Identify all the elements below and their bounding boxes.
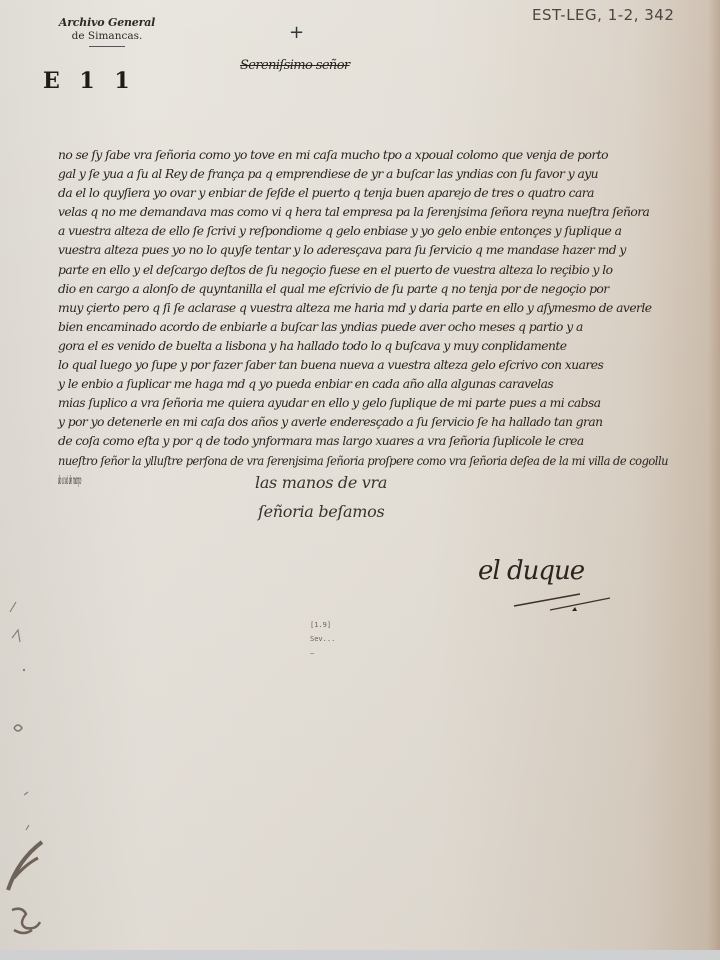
reference-number: EST-LEG, 1-2, 342 [532, 6, 674, 24]
page-bottom-edge [0, 950, 720, 960]
body-line: parte en ello y el deſcargo deſtos de ſu… [58, 263, 668, 282]
body-line: no se ſy ſabe vra ſeñoria como yo tove e… [58, 148, 668, 167]
letter-body: no se ſy ſabe vra ſeñoria como yo tove e… [58, 148, 668, 492]
body-line: bien encaminado acordo de enbiarle a buſ… [58, 320, 668, 339]
closing-formula: las manos de vra ſeñoria beſamos [255, 473, 387, 521]
body-line: mias ſuplico a vra ſeñoria me quiera ayu… [58, 396, 668, 415]
archive-stamp-line2: de Simancas. [52, 30, 162, 42]
body-line: y le enbio a ſuplicar me haga md q yo pu… [58, 377, 668, 396]
archive-signature-code: E 1 1 [43, 68, 136, 94]
archive-stamp-line1: Archivo General [52, 16, 162, 29]
body-line: de coſa como eſta y por q de todo ynform… [58, 434, 668, 453]
body-line: gora el es venido de buelta a lisbona y … [58, 339, 668, 358]
salutation: Sereniſsimo señor [240, 58, 350, 73]
margin-note: — [310, 646, 335, 660]
signature-flourish-icon [510, 590, 620, 612]
page-right-edge [708, 0, 720, 950]
body-line: a vuestra alteza de ello ſe ſcrivi y reſ… [58, 224, 668, 243]
body-line: muy çierto pero q ſi ſe aclarase q vuest… [58, 301, 668, 320]
archive-stamp: Archivo General de Simancas. [52, 16, 162, 47]
closing-line1: las manos de vra [255, 473, 387, 492]
body-line: lo qual luego yo ſupe y por fazer ſaber … [58, 358, 668, 377]
body-line: nueſtro ſeñor la ylluſtre perſona de vra… [58, 454, 627, 473]
signature: el duque [478, 556, 584, 586]
margin-note: Sev... [310, 632, 335, 646]
margin-note: [1.9] [310, 618, 335, 632]
body-line: vuestra alteza pues yo no lo quyſe tenta… [58, 243, 668, 262]
cross-mark-icon: + [289, 22, 304, 43]
body-line: dio en cargo a alonſo de quyntanilla el … [58, 282, 668, 301]
margin-notes: [1.9] Sev... — [310, 618, 335, 660]
stamp-underline [89, 46, 125, 47]
closing-line2: ſeñoria beſamos [258, 502, 387, 521]
body-line: velas q no me demandava mas como vi q he… [58, 205, 668, 224]
body-line: do a xxi de março [58, 473, 198, 492]
body-line: da el lo quyſiera yo ovar y enbiar de ſe… [58, 186, 668, 205]
body-line: y por yo detenerle en mi caſa dos años y… [58, 415, 668, 434]
body-line: gal y ſe yua a ſu al Rey de frança pa q … [58, 167, 668, 186]
left-margin-marks-icon [4, 600, 48, 960]
